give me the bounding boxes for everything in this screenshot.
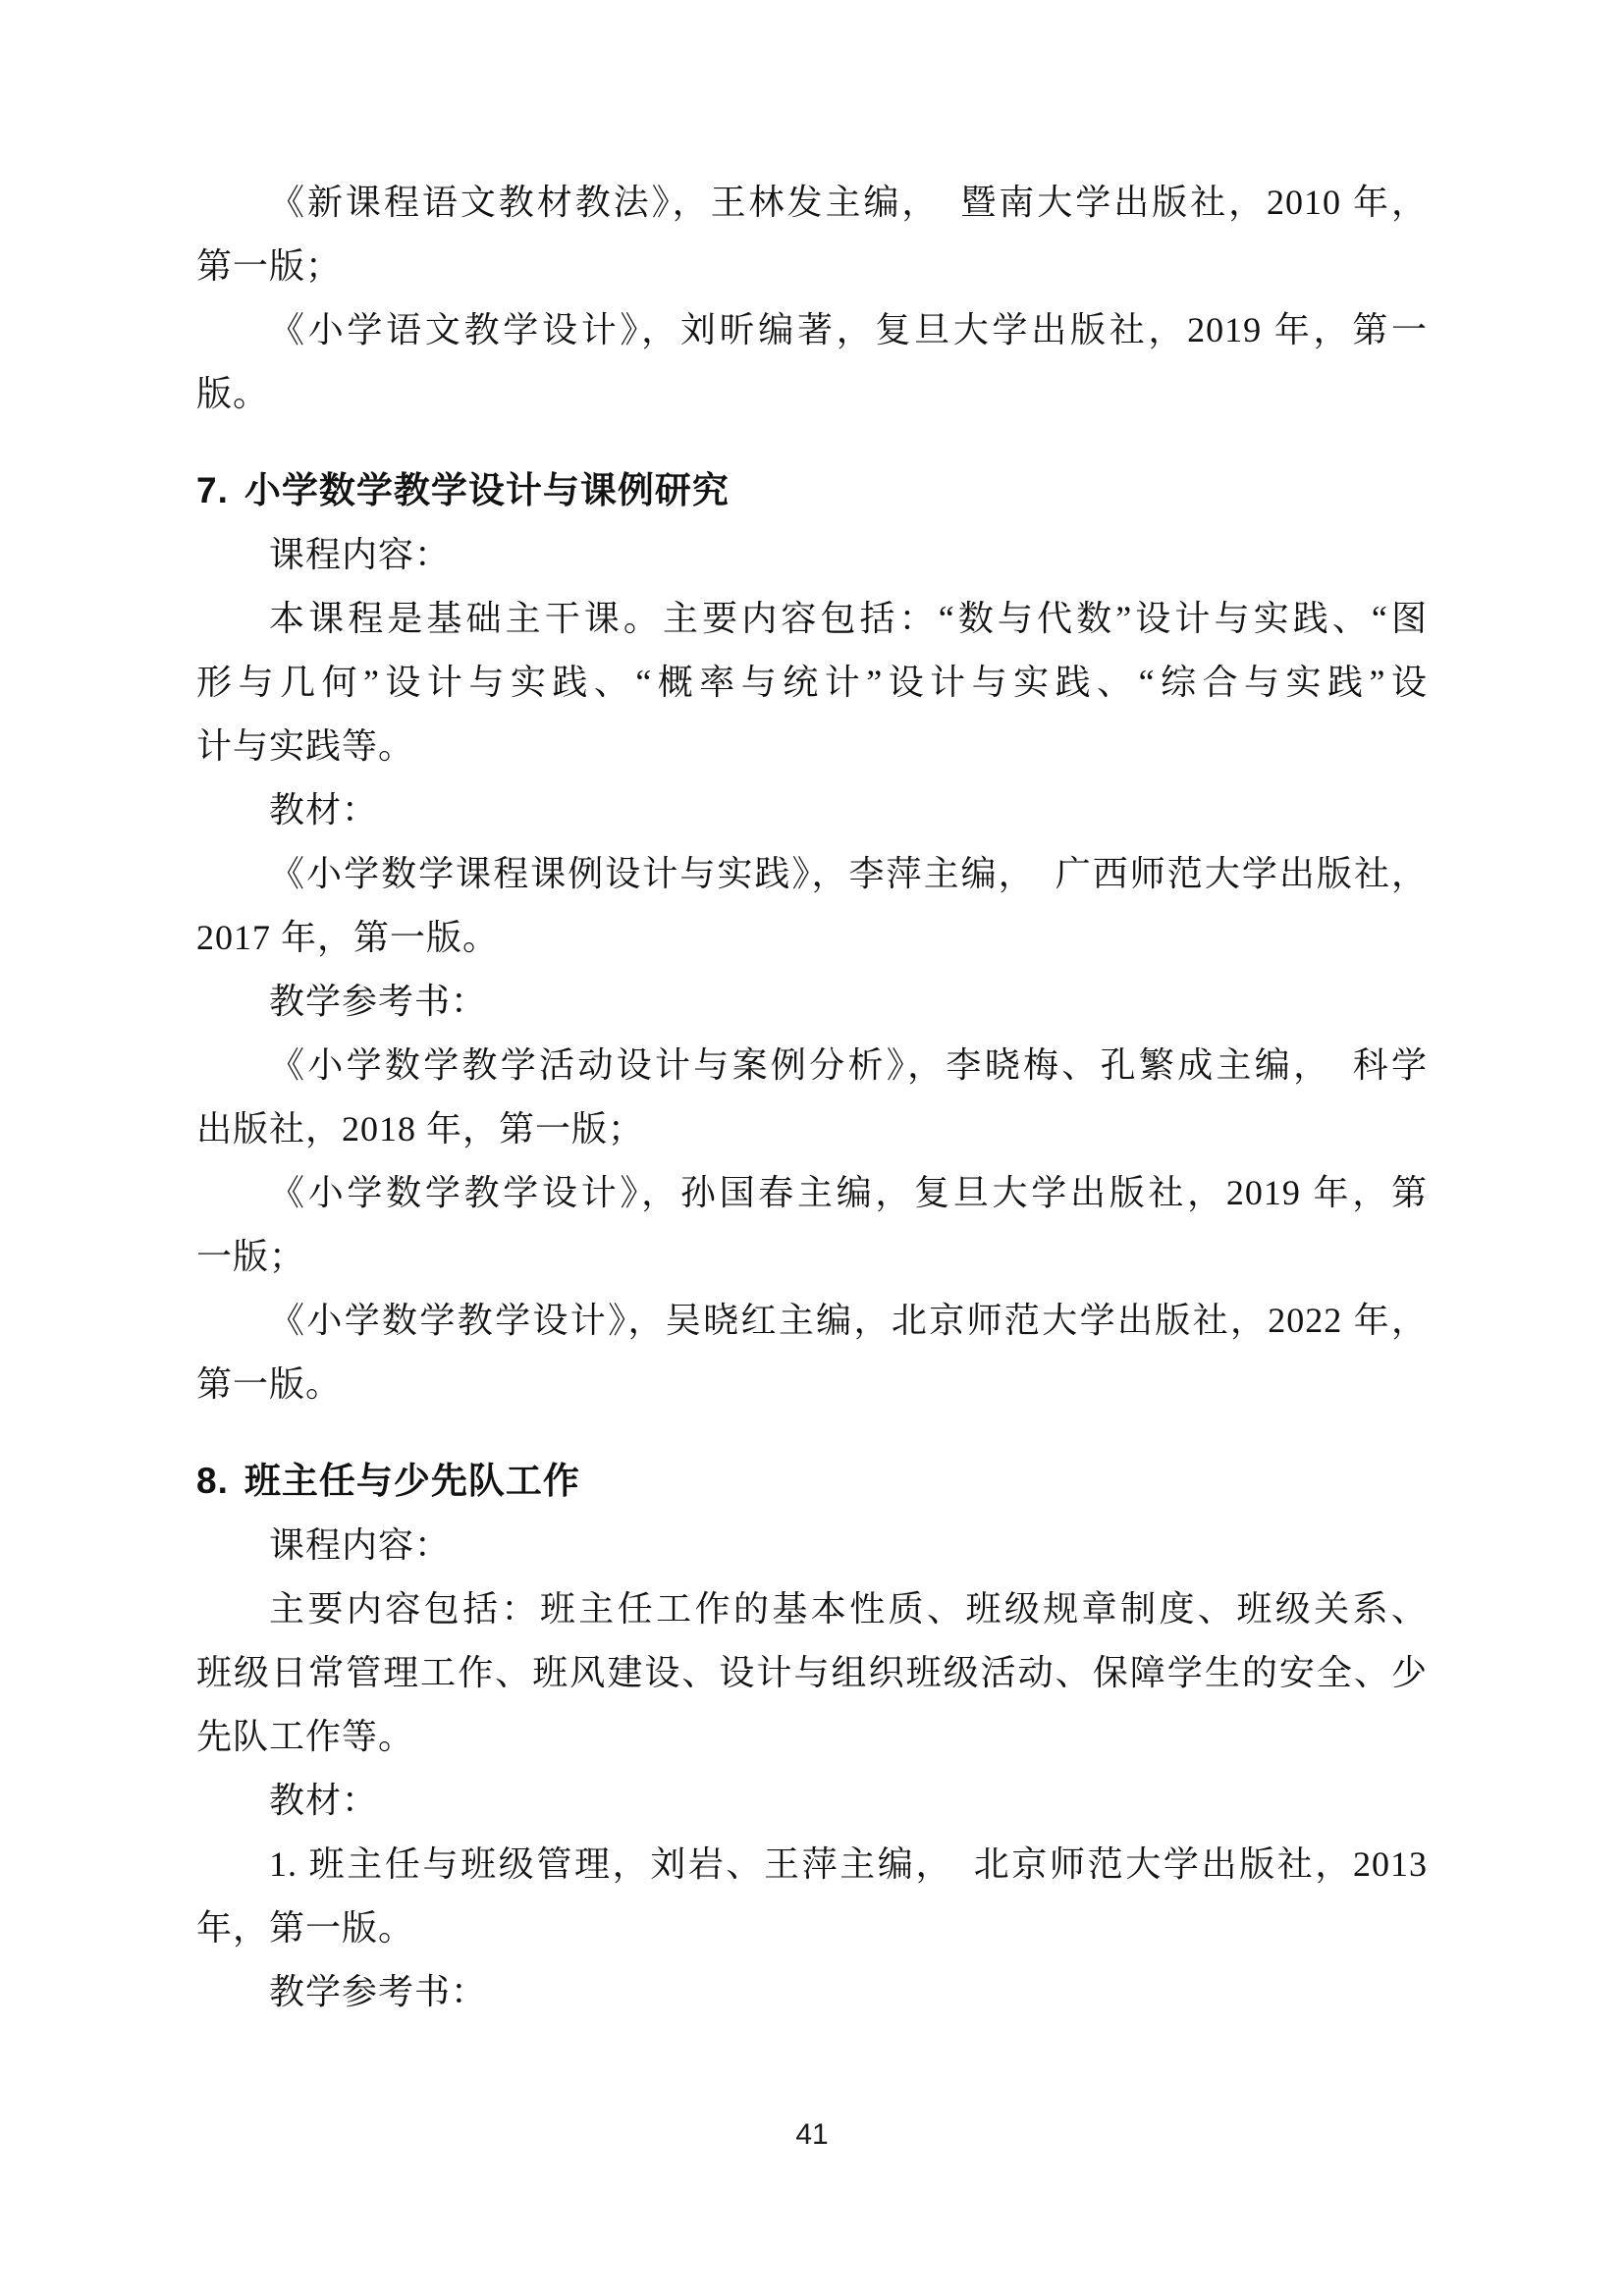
document-page: 《新课程语文教材教法》，王林发主编， 暨南大学出版社，2010 年，第一版；《小… (0, 0, 1624, 2296)
text-line: 教材： (196, 1769, 1428, 1833)
text-line: 第一版； (196, 235, 1428, 298)
section-number: 8. (196, 1461, 229, 1501)
text-line: 先队工作等。 (196, 1705, 1428, 1769)
section-heading: 8.班主任与少先队工作 (196, 1449, 1428, 1514)
text-line: 本课程是基础主干课。主要内容包括：“数与代数”设计与实践、“图 (196, 587, 1428, 651)
section-title: 班主任与少先队工作 (244, 1462, 580, 1502)
text-line: 教材： (196, 778, 1428, 842)
text-line: 《小学数学教学设计》，孙国春主编，复旦大学出版社，2019 年，第 (196, 1161, 1428, 1225)
section-title: 小学数学教学设计与课例研究 (244, 471, 730, 511)
text-line: 班级日常管理工作、班风建设、设计与组织班级活动、保障学生的安全、少 (196, 1641, 1428, 1705)
text-line: 1. 班主任与班级管理，刘岩、王萍主编， 北京师范大学出版社，2013 (196, 1833, 1428, 1896)
text-line: 教学参考书： (196, 1960, 1428, 2024)
document-content: 《新课程语文教材教法》，王林发主编， 暨南大学出版社，2010 年，第一版；《小… (196, 171, 1428, 2024)
text-line: 2017 年，第一版。 (196, 906, 1428, 970)
text-line: 年，第一版。 (196, 1896, 1428, 1960)
text-line: 形与几何”设计与实践、“概率与统计”设计与实践、“综合与实践”设 (196, 651, 1428, 715)
text-line: 计与实践等。 (196, 715, 1428, 778)
text-line: 一版； (196, 1225, 1428, 1289)
text-line: 《小学数学教学设计》，吴晓红主编，北京师范大学出版社，2022 年， (196, 1289, 1428, 1353)
text-line: 课程内容： (196, 523, 1428, 587)
section-heading: 7.小学数学教学设计与课例研究 (196, 458, 1428, 523)
text-line: 教学参考书： (196, 970, 1428, 1034)
text-line: 《小学语文教学设计》，刘昕编著，复旦大学出版社，2019 年，第一 (196, 298, 1428, 362)
text-line: 第一版。 (196, 1353, 1428, 1416)
page-number: 41 (0, 2118, 1624, 2152)
section-number: 7. (196, 470, 229, 510)
text-line: 《小学数学课程课例设计与实践》，李萍主编， 广西师范大学出版社， (196, 842, 1428, 906)
text-line: 课程内容： (196, 1514, 1428, 1577)
text-line: 版。 (196, 362, 1428, 426)
text-line: 《小学数学教学活动设计与案例分析》，李晓梅、孔繁成主编， 科学 (196, 1034, 1428, 1097)
text-line: 出版社，2018 年，第一版； (196, 1097, 1428, 1161)
text-line: 《新课程语文教材教法》，王林发主编， 暨南大学出版社，2010 年， (196, 171, 1428, 235)
text-line: 主要内容包括：班主任工作的基本性质、班级规章制度、班级关系、 (196, 1577, 1428, 1641)
